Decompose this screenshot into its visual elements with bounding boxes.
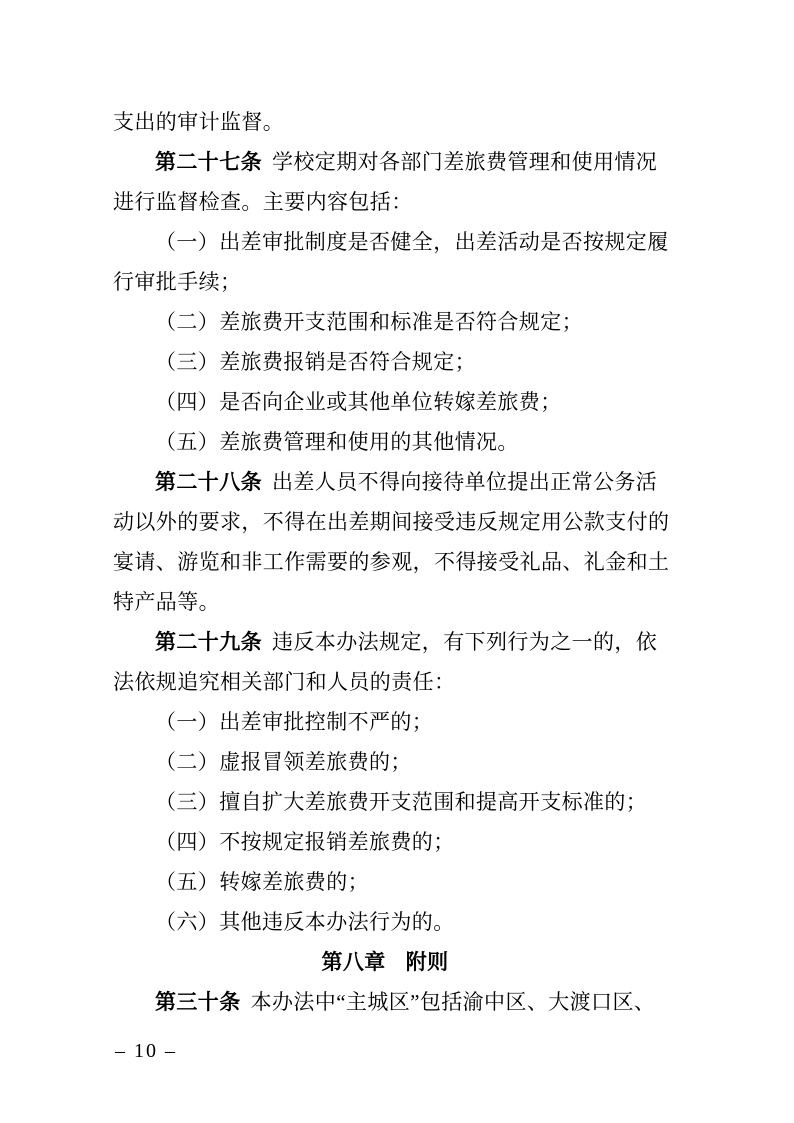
text-line: 第二十八条出差人员不得向接待单位提出正常公务活: [113, 462, 683, 502]
text-line: （六）其他违反本办法行为的。: [113, 902, 683, 942]
line-text: 支出的审计监督。: [113, 110, 284, 134]
line-text: 出差人员不得向接待单位提出正常公务活: [272, 470, 657, 494]
line-text: 进行监督检查。主要内容包括：: [113, 190, 413, 214]
line-text: （一）出差审批制度是否健全，出差活动是否按规定履: [155, 230, 669, 254]
text-line: 进行监督检查。主要内容包括：: [113, 182, 683, 222]
line-text: 动以外的要求，不得在出差期间接受违反规定用公款支付的: [113, 510, 669, 534]
document-body: 支出的审计监督。 第二十七条学校定期对各部门差旅费管理和使用情况 进行监督检查。…: [113, 102, 683, 1022]
line-text: （六）其他违反本办法行为的。: [155, 910, 455, 934]
text-line: 法依规追究相关部门和人员的责任：: [113, 662, 683, 702]
line-text: 违反本办法规定，有下列行为之一的，依: [272, 630, 657, 654]
text-line: 第三十条本办法中“主城区”包括渝中区、大渡口区、: [113, 982, 683, 1022]
line-text: 学校定期对各部门差旅费管理和使用情况: [272, 150, 657, 174]
line-text: （二）差旅费开支范围和标准是否符合规定；: [155, 310, 583, 334]
text-line: （四）是否向企业或其他单位转嫁差旅费；: [113, 382, 683, 422]
line-text: （五）转嫁差旅费的；: [155, 870, 369, 894]
article-term: 第二十九条: [155, 630, 262, 654]
chapter-heading: 第八章附则: [100, 942, 670, 982]
chapter-title: 附则: [406, 950, 449, 974]
line-text: （一）出差审批控制不严的；: [155, 710, 433, 734]
text-line: 支出的审计监督。: [113, 102, 683, 142]
article-term: 第二十八条: [155, 470, 262, 494]
text-line: （二）差旅费开支范围和标准是否符合规定；: [113, 302, 683, 342]
line-text: （二）虚报冒领差旅费的；: [155, 750, 412, 774]
line-text: （三）差旅费报销是否符合规定；: [155, 350, 476, 374]
line-text: （三）擅自扩大差旅费开支范围和提高开支标准的；: [155, 790, 647, 814]
text-line: （五）差旅费管理和使用的其他情况。: [113, 422, 683, 462]
chapter-number: 第八章: [321, 950, 385, 974]
text-line: （三）差旅费报销是否符合规定；: [113, 342, 683, 382]
text-line: （四）不按规定报销差旅费的；: [113, 822, 683, 862]
line-text: 特产品等。: [113, 590, 220, 614]
text-line: 第二十七条学校定期对各部门差旅费管理和使用情况: [113, 142, 683, 182]
text-line: 动以外的要求，不得在出差期间接受违反规定用公款支付的: [113, 502, 683, 542]
text-line: 特产品等。: [113, 582, 683, 622]
document-page: 支出的审计监督。 第二十七条学校定期对各部门差旅费管理和使用情况 进行监督检查。…: [0, 0, 794, 1123]
text-line: 宴请、游览和非工作需要的参观，不得接受礼品、礼金和土: [113, 542, 683, 582]
page-number: – 10 –: [115, 1036, 177, 1066]
line-text: 行审批手续；: [113, 270, 241, 294]
text-line: （五）转嫁差旅费的；: [113, 862, 683, 902]
line-text: 本办法中“主城区”包括渝中区、大渡口区、: [251, 990, 656, 1014]
line-text: （五）差旅费管理和使用的其他情况。: [155, 430, 519, 454]
article-term: 第三十条: [155, 990, 241, 1014]
article-term: 第二十七条: [155, 150, 262, 174]
line-text: （四）是否向企业或其他单位转嫁差旅费；: [155, 390, 562, 414]
text-line: 行审批手续；: [113, 262, 683, 302]
text-line: （三）擅自扩大差旅费开支范围和提高开支标准的；: [113, 782, 683, 822]
text-line: 第二十九条违反本办法规定，有下列行为之一的，依: [113, 622, 683, 662]
text-line: （一）出差审批制度是否健全，出差活动是否按规定履: [113, 222, 683, 262]
line-text: 宴请、游览和非工作需要的参观，不得接受礼品、礼金和土: [113, 550, 669, 574]
text-line: （二）虚报冒领差旅费的；: [113, 742, 683, 782]
text-line: （一）出差审批控制不严的；: [113, 702, 683, 742]
line-text: （四）不按规定报销差旅费的；: [155, 830, 455, 854]
line-text: 法依规追究相关部门和人员的责任：: [113, 670, 455, 694]
